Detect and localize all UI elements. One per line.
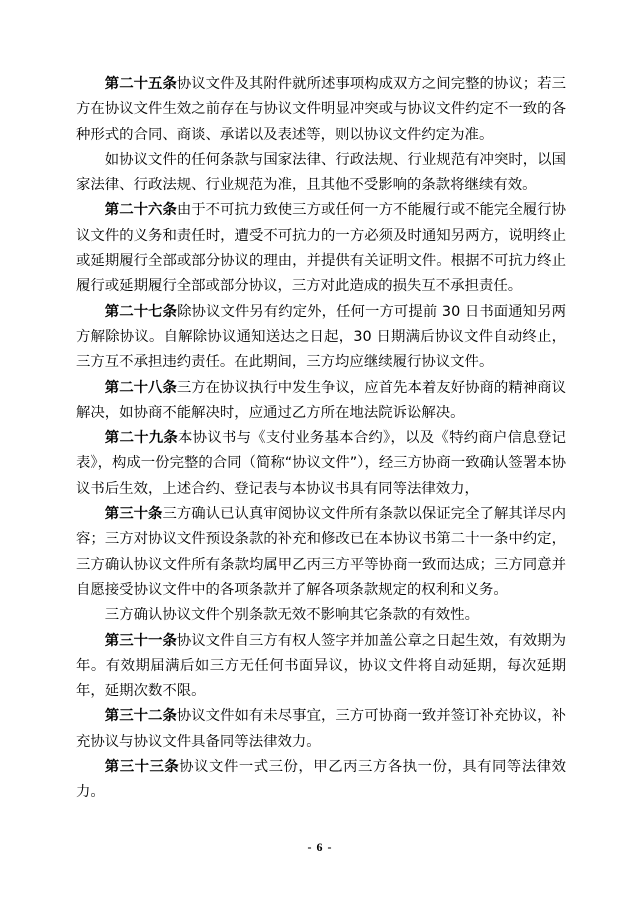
contract-paragraph-article-33: 第三十三条协议文件一式三份，甲乙丙三方各执一份，具有同等法律效力。 (76, 755, 566, 806)
page-number: - 6 - (308, 840, 333, 854)
article-number: 第三十二条 (105, 708, 177, 724)
contract-paragraph-severability: 三方确认协议文件个别条款无效不影响其它条款的有效性。 (76, 603, 566, 628)
contract-page: 第二十五条协议文件及其附件就所述事项构成双方之间完整的协议；若三方在协议文件生效… (0, 0, 640, 905)
article-number: 第二十六条 (105, 202, 177, 218)
paragraph-text: 如协议文件的任何条款与国家法律、行政法规、行业规范有冲突时，以国家法律、行政法规… (76, 152, 566, 193)
contract-paragraph-article-30: 第三十条三方确认已认真审阅协议文件所有条款以保证完全了解其详尽内容；三方对协议文… (76, 502, 566, 603)
article-number: 第二十九条 (105, 430, 178, 446)
contract-paragraph-article-28: 第二十八条三方在协议执行中发生争议，应首先本着友好协商的精神商议解决，如协商不能… (76, 376, 566, 427)
contract-paragraph-article-25: 第二十五条协议文件及其附件就所述事项构成双方之间完整的协议；若三方在协议文件生效… (76, 72, 566, 148)
contract-paragraph-article-29: 第二十九条本协议书与《支付业务基本合约》，以及《特约商户信息登记表》，构成一份完… (76, 426, 566, 502)
article-number: 第三十一条 (105, 633, 177, 649)
article-number: 第二十八条 (105, 380, 177, 396)
page-footer: - 6 - (0, 836, 640, 855)
contract-paragraph-article-32: 第三十二条协议文件如有未尽事宜，三方可协商一致并签订补充协议，补充协议与协议文件… (76, 704, 566, 755)
article-number: 第二十七条 (105, 304, 177, 320)
contract-text-block: 第二十五条协议文件及其附件就所述事项构成双方之间完整的协议；若三方在协议文件生效… (76, 72, 566, 806)
contract-paragraph-article-27: 第二十七条除协议文件另有约定外，任何一方可提前 30 日书面通知另两方解除协议。… (76, 300, 566, 376)
contract-paragraph-article-26: 第二十六条由于不可抗力致使三方或任何一方不能履行或不能完全履行协议文件的义务和责… (76, 198, 566, 299)
contract-paragraph-article-31: 第三十一条协议文件自三方有权人签字并加盖公章之日起生效，有效期为年。有效期届满后… (76, 629, 566, 705)
article-number: 第二十五条 (105, 76, 177, 92)
article-number: 第三十条 (105, 506, 163, 522)
contract-paragraph-law-conflict: 如协议文件的任何条款与国家法律、行政法规、行业规范有冲突时，以国家法律、行政法规… (76, 148, 566, 199)
article-number: 第三十三条 (105, 759, 179, 775)
paragraph-text: 三方确认协议文件个别条款无效不影响其它条款的有效性。 (105, 607, 479, 623)
